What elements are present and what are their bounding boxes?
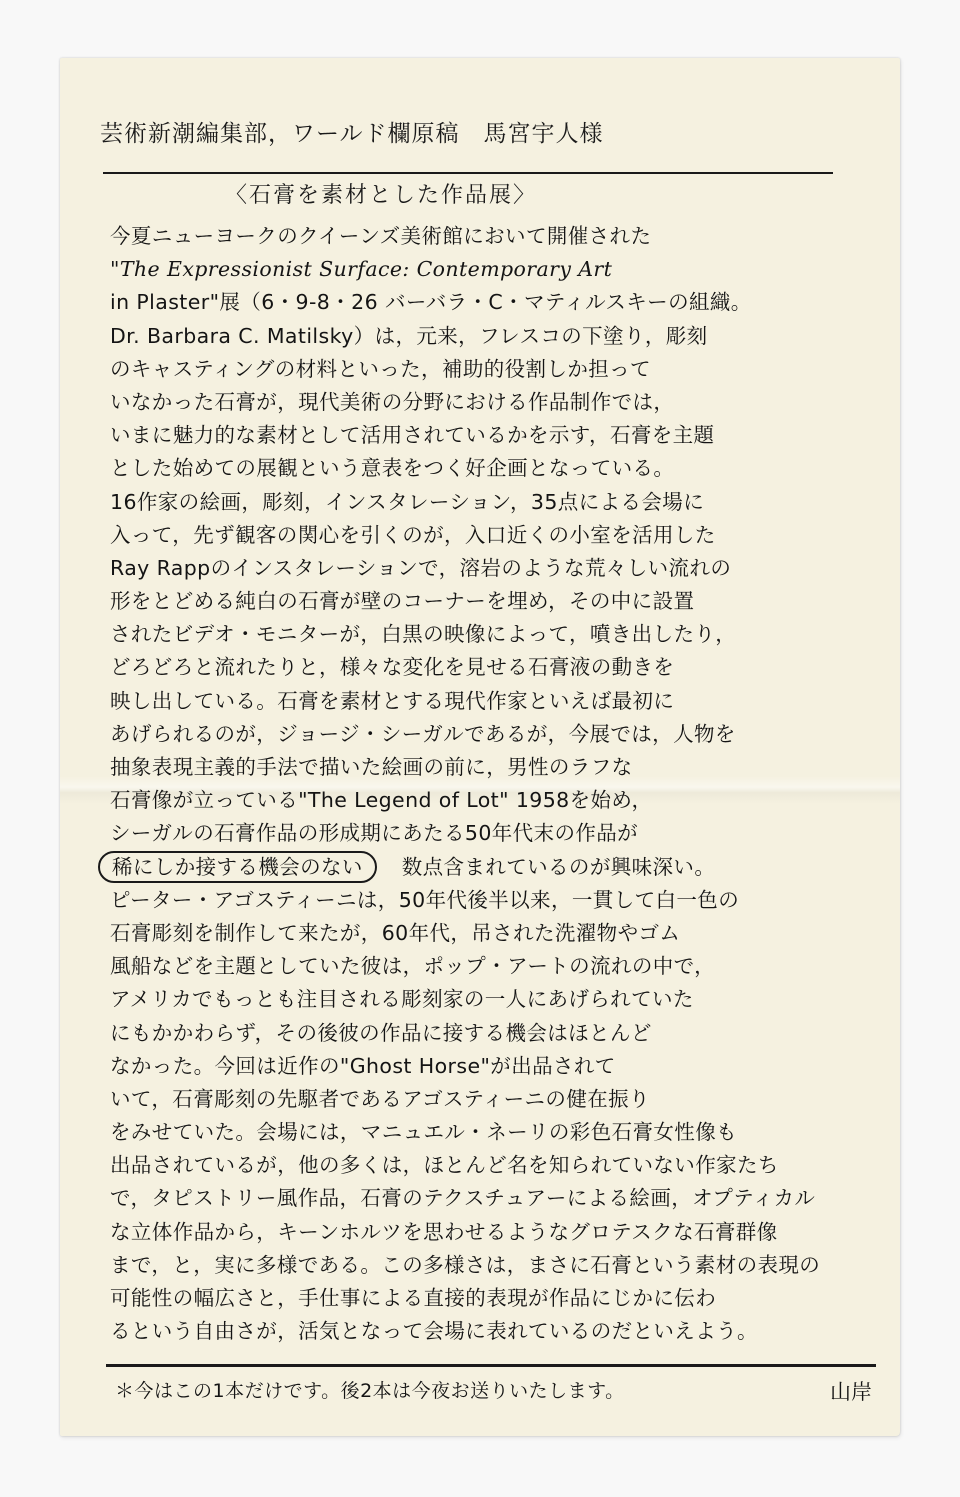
body-line: 今夏ニューヨークのクイーンズ美術館において開催された <box>110 220 890 253</box>
manuscript-body: 今夏ニューヨークのクイーンズ美術館において開催された "The Expressi… <box>110 220 890 1348</box>
body-line: 石膏像が立っている"The Legend of Lot" 1958を始め， <box>110 784 890 817</box>
body-line: で，タピストリー風作品，石膏のテクスチュアーによる絵画，オプティカル <box>110 1182 890 1215</box>
body-line: 可能性の幅広さと，手仕事による直接的表現が作品にじかに伝わ <box>110 1282 890 1315</box>
body-line: るという自由さが，活気となって会場に表れているのだといえよう。 <box>110 1315 890 1348</box>
body-line: をみせていた。会場には，マニュエル・ネーリの彩色石膏女性像も <box>110 1116 890 1149</box>
body-line: いて，石膏彫刻の先駆者であるアゴスティーニの健在振り <box>110 1083 890 1116</box>
body-line: Dr. Barbara C. Matilsky）は，元来，フレスコの下塗り，彫刻 <box>110 320 890 353</box>
body-line: あげられるのが，ジョージ・シーガルであるが，今展では，人物を <box>110 718 890 751</box>
body-line: 風船などを主題としていた彼は，ポップ・アートの流れの中で， <box>110 950 890 983</box>
body-line: のキャスティングの材料といった，補助的役割しか担って <box>110 353 890 386</box>
manuscript-paper: 芸術新潮編集部，ワールド欄原稿 馬宮宇人様 〈石膏を素材とした作品展〉 今夏ニュ… <box>60 58 900 1436</box>
body-line: とした始めての展観という意表をつく好企画となっている。 <box>110 452 890 485</box>
body-line: 出品されているが，他の多くは，ほとんど名を知られていない作家たち <box>110 1149 890 1182</box>
body-line: いなかった石膏が，現代美術の分野における作品制作では， <box>110 386 890 419</box>
body-line: 抽象表現主義的手法で描いた絵画の前に，男性のラフな <box>110 751 890 784</box>
body-line: にもかかわらず，その後彼の作品に接する機会はほとんど <box>110 1017 890 1050</box>
footnote: ＊今はこの1本だけです。後2本は今夜お送りいたします。 <box>115 1376 625 1403</box>
header-rule <box>103 172 833 174</box>
body-line: 石膏彫刻を制作して来たが，60年代，吊された洗濯物やゴム <box>110 917 890 950</box>
body-line: まで，と，実に多様である。この多様さは，まさに石膏という素材の表現の <box>110 1249 890 1282</box>
body-line: 入って，先ず観客の関心を引くのが，入口近くの小室を活用した <box>110 519 890 552</box>
body-line: アメリカでもっとも注目される彫刻家の一人にあげられていた <box>110 983 890 1016</box>
body-line: シーガルの石膏作品の形成期にあたる50年代末の作品が <box>110 817 890 850</box>
body-line-with-insert: 稀にしか接する機会のない 数点含まれているのが興味深い。 <box>110 851 890 884</box>
author-signature: 山岸 <box>830 1376 872 1406</box>
article-title: 〈石膏を素材とした作品展〉 <box>225 178 537 209</box>
addressee-header: 芸術新潮編集部，ワールド欄原稿 馬宮宇人様 <box>100 115 604 148</box>
body-line: なかった。今回は近作の"Ghost Horse"が出品されて <box>110 1050 890 1083</box>
body-line: な立体作品から，キーンホルツを思わせるようなグロテスクな石膏群像 <box>110 1216 890 1249</box>
body-line: 形をとどめる純白の石膏が壁のコーナーを埋め，その中に設置 <box>110 585 890 618</box>
body-line: "The Expressionist Surface: Contemporary… <box>110 253 890 286</box>
body-line: Ray Rappのインスタレーションで，溶岩のような荒々しい流れの <box>110 552 890 585</box>
body-line-text: 数点含まれているのが興味深い。 <box>402 855 716 879</box>
body-line: どろどろと流れたりと，様々な変化を見せる石膏液の動きを <box>110 651 890 684</box>
body-line: 16作家の絵画，彫刻，インスタレーション，35点による会場に <box>110 486 890 519</box>
inserted-phrase-bubble: 稀にしか接する機会のない <box>98 851 377 883</box>
body-line: されたビデオ・モニターが，白黒の映像によって，噴き出したり， <box>110 618 890 651</box>
body-line: 映し出している。石膏を素材とする現代作家といえば最初に <box>110 685 890 718</box>
footer-rule <box>106 1364 876 1367</box>
body-line: in Plaster"展（6・9-8・26 バーバラ・C・マティルスキーの組織。 <box>110 286 890 319</box>
body-line: いまに魅力的な素材として活用されているかを示す，石膏を主題 <box>110 419 890 452</box>
body-line: ピーター・アゴスティーニは，50年代後半以来，一貫して白一色の <box>110 884 890 917</box>
